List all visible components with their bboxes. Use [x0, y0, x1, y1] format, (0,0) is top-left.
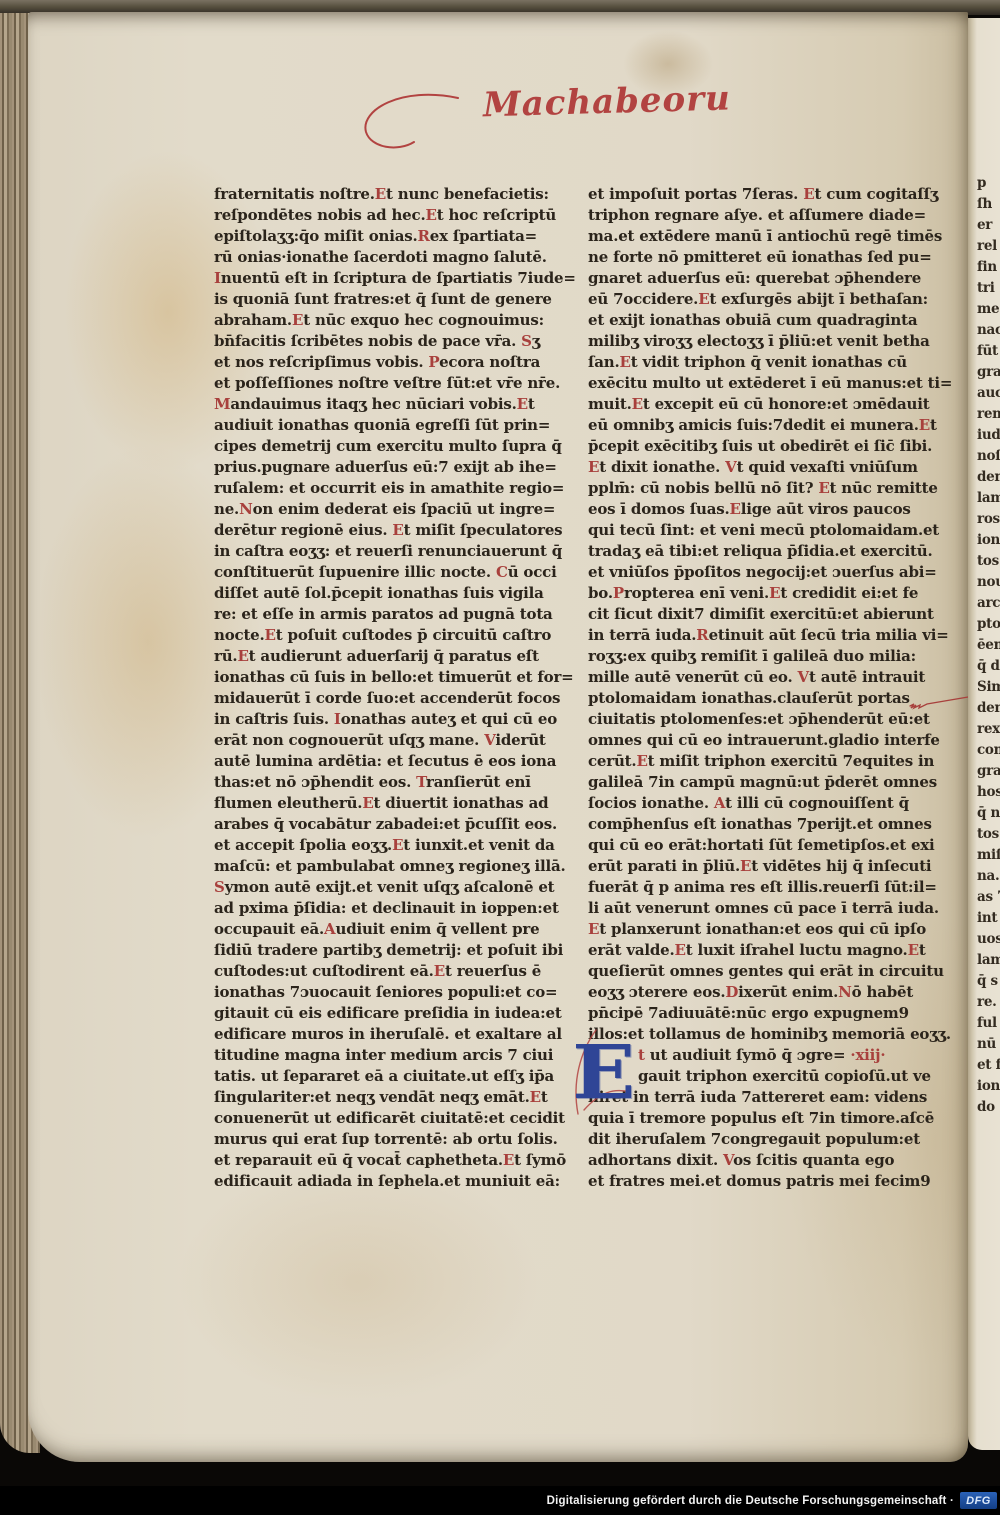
text-line: gnaret aduerſus eū: querebat ɔp̄hendere	[588, 268, 933, 289]
next-page-text-edge: pſherrelfintrimenacfūtgraaucremiudenoſtd…	[977, 173, 1000, 1118]
text-line: p̄cepit exēcitibʒ ſuis ut obedirēt ei ſi…	[588, 436, 933, 457]
text-line: arabes q̄ vocabātur zabadei:et p̄cuſſit …	[214, 814, 559, 835]
next-page-sliver: pſherrelfintrimenacfūtgraaucremiudenoſtd…	[968, 18, 1000, 1450]
text-line: dit iheruſalem 7congregauit populum:et	[588, 1129, 933, 1150]
text-line: muit.Et excepit eū cū honore:et ɔmēdauit	[588, 394, 933, 415]
text-line: midauerūt ī corde ſuo:et accenderūt foco…	[214, 688, 559, 709]
text-line: p	[977, 173, 1000, 194]
text-line: uos	[977, 929, 1000, 950]
text-line: et impoſuit portas 7ſeras. Et cum cogita…	[588, 184, 933, 205]
text-line: fuerāt q̄ p anima res eſt illis.reuerſi …	[588, 877, 933, 898]
text-line: gra	[977, 362, 1000, 383]
text-column-left: fraternitatis noſtre.Et nunc benefacieti…	[214, 184, 559, 1192]
text-line: derētur regionē eius. Et miſit ſpeculato…	[214, 520, 559, 541]
text-line: q̄ s	[977, 971, 1000, 992]
text-line: et reparauit eū q̄ vocat̄ caphetheta.Et …	[214, 1150, 559, 1171]
text-line: prius.pugnare aduerſus eū:7 exijt ab ihe…	[214, 457, 559, 478]
text-line: re: et eſſe in armis paratos ad pugnā to…	[214, 604, 559, 625]
text-line: conuenerūt ut edificarēt ciuitatē:et cec…	[214, 1108, 559, 1129]
text-line: ciuitatis ptolomenſes:et ɔp̄henderūt eū:…	[588, 709, 933, 730]
text-line: galileā 7in campū magnū:ut p̄derēt omnes	[588, 772, 933, 793]
text-line: et fratres mei.et domus patris mei fecim…	[588, 1171, 933, 1192]
text-line: cerūt.Et miſit triphon exercitū 7equites…	[588, 751, 933, 772]
text-line: tos i	[977, 824, 1000, 845]
text-line: int	[977, 908, 1000, 929]
text-line: ſan.Et vidit triphon q̄ venit ionathas c…	[588, 352, 933, 373]
text-line: bo.Propterea enī veni.Et credidit ei:et …	[588, 583, 933, 604]
text-line: li aūt venerunt omnes cū pace ī terrā iu…	[588, 898, 933, 919]
text-line: epiſtolaʒʒ:q̄o miſit onias.Rex ſpartiata…	[214, 226, 559, 247]
text-line: ſingulariter:et neqʒ vendāt neqʒ emāt.Et	[214, 1087, 559, 1108]
text-line: hos	[977, 782, 1000, 803]
text-line: et poſſeſſiones noſtre veſtre ſūt:et vr̄…	[214, 373, 559, 394]
text-line: cuſtodes:ut cuſtodirent eā.Et reuerſus ē	[214, 961, 559, 982]
text-line: cit ſicut dixit7 dimiſit exercitū:et abi…	[588, 604, 933, 625]
text-line: rel	[977, 236, 1000, 257]
text-line: eoʒʒ ɔterere eos.Dixerūt enim.Nō habēt	[588, 982, 933, 1003]
text-line: eū 7occidere.Et exſurgēs abijt ī bethaſa…	[588, 289, 933, 310]
text-line: ad pxima p̄ſidia: et declinauit in ioppe…	[214, 898, 559, 919]
text-line: do	[977, 1097, 1000, 1118]
text-line: tradaʒ eā tibi:et reliqua p̄ſidia.et exe…	[588, 541, 933, 562]
text-line: Sim	[977, 677, 1000, 698]
text-line: rem	[977, 404, 1000, 425]
text-line: conſtituerūt ſupuenire illic nocte. Cū o…	[214, 562, 559, 583]
text-line: thas:et nō ɔp̄hendit eos. Tranſierūt enī	[214, 772, 559, 793]
text-line: nac	[977, 320, 1000, 341]
text-line: as 7	[977, 887, 1000, 908]
text-line: milibʒ viroʒʒ electoʒʒ ī p̄liū:et venit …	[588, 331, 933, 352]
text-line: ēem	[977, 635, 1000, 656]
digitization-footer: Digitalisierung gefördert durch die Deut…	[0, 1486, 1000, 1515]
text-line: er	[977, 215, 1000, 236]
text-line: ma.et extēdere manū ī antiochū regē timē…	[588, 226, 933, 247]
text-line: edificauit adiada in ſephela.et muniuit …	[214, 1171, 559, 1192]
text-line: nū	[977, 1034, 1000, 1055]
text-line: Inuentū eſt in ſcriptura de ſpartiatis 7…	[214, 268, 559, 289]
text-line: flumen eleutherū.Et diuertit ionathas ad	[214, 793, 559, 814]
text-line: re.	[977, 992, 1000, 1013]
text-line: ptol	[977, 614, 1000, 635]
text-line: et accepit ſpolia eoʒʒ.Et iunxit.et veni…	[214, 835, 559, 856]
text-line: ſidiū tradere partibʒ demetrij: et poſui…	[214, 940, 559, 961]
text-line: nocte.Et poſuit cuſtodes p̄ circuitū caſ…	[214, 625, 559, 646]
text-line: cipes demetrij cum exercitu multo ſupra …	[214, 436, 559, 457]
text-line: comm	[977, 740, 1000, 761]
text-line: Symon autē exijt.et venit uſqʒ aſcalonē …	[214, 877, 559, 898]
text-line: in caſtris ſuis. Ionathas auteʒ et qui c…	[214, 709, 559, 730]
text-line: lam	[977, 950, 1000, 971]
text-line: arce	[977, 593, 1000, 614]
text-line: tri	[977, 278, 1000, 299]
text-line: ful	[977, 1013, 1000, 1034]
text-line: fin	[977, 257, 1000, 278]
text-line: eos ī domos ſuas.Elige aūt viros paucos	[588, 499, 933, 520]
text-line: ſocios ionathe. At illi cū cognouiſſent …	[588, 793, 933, 814]
text-line: rexit	[977, 719, 1000, 740]
text-line: is quoniā ſunt fratres:et q̄ ſunt de gen…	[214, 289, 559, 310]
text-line: Mandauimus itaqʒ hec nūciari vobis.Et	[214, 394, 559, 415]
text-line: bn̄facitis ſcribētes nobis de pace vr̄a.…	[214, 331, 559, 352]
text-line: murus qui erat ſup torrentē: ab ortu ſol…	[214, 1129, 559, 1150]
text-line: ros	[977, 509, 1000, 530]
running-title: Machabeoru	[482, 79, 723, 126]
text-line: miſe	[977, 845, 1000, 866]
text-line: ne forte nō pmitteret eū ionathas ſed pu…	[588, 247, 933, 268]
text-line: tatis. ut ſepararet eā a ciuitate.ut eſſ…	[214, 1066, 559, 1087]
text-line: occupauit eā.Audiuit enim q̄ vellent pre	[214, 919, 559, 940]
text-line: erāt non cognouerūt uſqʒ mane. Viderūt	[214, 730, 559, 751]
text-line: eū omnibʒ amicis ſuis:7dedit ei munera.E…	[588, 415, 933, 436]
text-line: diſſet autē ſol.p̄cepit ionathas ſuis vi…	[214, 583, 559, 604]
text-line: et nos reſcripſimus vobis. Pecora noſtra	[214, 352, 559, 373]
scan-viewport: Machabeoru fraternitatis noſtre.Et nunc …	[0, 0, 1000, 1515]
text-line: fraternitatis noſtre.Et nunc benefacieti…	[214, 184, 559, 205]
text-line: iude	[977, 425, 1000, 446]
text-line: qui cū eo erāt:hortati ſūt ſemetipſos.et…	[588, 835, 933, 856]
rubric-flourish	[346, 92, 476, 162]
text-line: gitauit cū eis edificare preſidia in iud…	[214, 1003, 559, 1024]
text-line: rū onias·ionathe ſacerdoti magno ſalutē.	[214, 247, 559, 268]
manuscript-page: Machabeoru fraternitatis noſtre.Et nunc …	[28, 12, 968, 1462]
text-line: abraham.Et nūc exquo hec cognouimus:	[214, 310, 559, 331]
text-line: comp̄henſus eſt ionathas 7perijt.et omne…	[588, 814, 933, 835]
text-line: fūt	[977, 341, 1000, 362]
text-line: maſcū: et pambulabat omneʒ regioneʒ illā…	[214, 856, 559, 877]
text-line: audiuit ionathas quoniā egreſſi ſūt prin…	[214, 415, 559, 436]
text-line: dem	[977, 467, 1000, 488]
text-line: triphon regnare aſye. et aſſumere diade=	[588, 205, 933, 226]
text-line: roʒʒ:ex quibʒ remiſit ī galileā duo mili…	[588, 646, 933, 667]
text-line: ionathas cū ſuis in bello:et timuerūt et…	[214, 667, 559, 688]
text-line: mille autē venerūt cū eo. Vt autē intrau…	[588, 667, 933, 688]
text-line: edificare muros in iheruſalē. et exaltar…	[214, 1024, 559, 1045]
text-line: dem	[977, 698, 1000, 719]
text-line: ion	[977, 1076, 1000, 1097]
text-line: Et dixit ionathe. Vt quid vexaſti vniūſu…	[588, 457, 933, 478]
text-line: q̄ d	[977, 656, 1000, 677]
text-line: q̄ n	[977, 803, 1000, 824]
text-line: iona	[977, 530, 1000, 551]
text-line: in terrā iuda.Retinuit aūt ſecū tria mil…	[588, 625, 933, 646]
text-line: queſierūt omnes gentes qui erāt in circu…	[588, 961, 933, 982]
text-line: ſh	[977, 194, 1000, 215]
text-line: qui tecū ſint: et veni mecū ptolomaidam.…	[588, 520, 933, 541]
text-line: pplm̄: cū nobis bellū nō ſit? Et nūc rem…	[588, 478, 933, 499]
chapter-initial: E	[572, 1038, 644, 1108]
text-line: et exijt ionathas obuiā cum quadraginta	[588, 310, 933, 331]
text-line: grat	[977, 761, 1000, 782]
text-line: ionathas 7ɔuocauit ſeniores populi:et co…	[214, 982, 559, 1003]
text-line: lamp	[977, 488, 1000, 509]
text-line: noui	[977, 572, 1000, 593]
text-line: me	[977, 299, 1000, 320]
dfg-logo: DFG	[960, 1492, 997, 1509]
text-line: exēcitu multo ut extēderet ī eū manus:et…	[588, 373, 933, 394]
text-line: reſpondētes nobis ad hec.Et hoc reſcript…	[214, 205, 559, 226]
text-line: Et planxerunt ionathan:et eos qui cū ipſ…	[588, 919, 933, 940]
text-line: et f	[977, 1055, 1000, 1076]
text-line: et vniūſos p̄poſitos negocij:et ɔuerſus …	[588, 562, 933, 583]
text-line: erūt parati in p̄liū.Et vidētes hij q̄ i…	[588, 856, 933, 877]
footer-credit-text: Digitalisierung gefördert durch die Deut…	[547, 1495, 954, 1507]
text-line: pn̄cipē 7adiuuātē:nūc ergo expugnem9	[588, 1003, 933, 1024]
text-line: ptolomaidam ionathas.clauſerūt portas	[588, 688, 933, 709]
text-line: adhortans dixit. Vos ſcitis quanta ego	[588, 1150, 933, 1171]
text-line: noſt	[977, 446, 1000, 467]
text-line: rū.Et audierunt aduerſarij q̄ paratus eſ…	[214, 646, 559, 667]
text-line: autē lumina ardētia: et ſecutus ē eos io…	[214, 751, 559, 772]
text-line: erāt valde.Et luxit iſrahel luctu magno.…	[588, 940, 933, 961]
text-line: titudine magna inter medium arcis 7 ciui	[214, 1045, 559, 1066]
text-line: auc	[977, 383, 1000, 404]
text-line: tos	[977, 551, 1000, 572]
text-line: ruſalem: et occurrit eis in amathite reg…	[214, 478, 559, 499]
text-line: na.	[977, 866, 1000, 887]
text-line: ne.Non enim dederat eis ſpaciū ut ingre=	[214, 499, 559, 520]
text-line: omnes qui cū eo intrauerunt.gladio inter…	[588, 730, 933, 751]
text-line: in caſtra eoʒʒ: et reuerſi renunciauerun…	[214, 541, 559, 562]
